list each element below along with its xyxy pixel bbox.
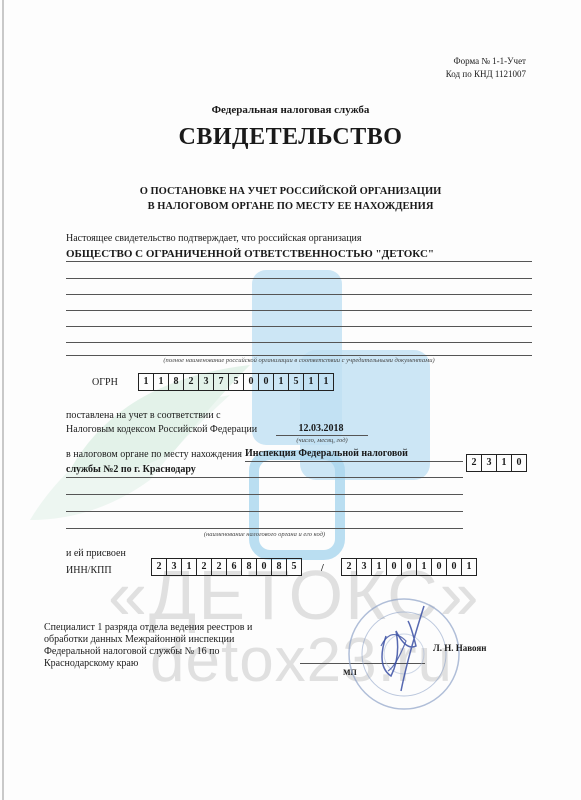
digit-cell: 6 [227,559,242,575]
organization-intro: Настоящее свидетельство подтверждает, чт… [66,233,362,244]
position-line-2: обработки данных Межрайонной инспекции [44,634,252,646]
inn-kpp-label: ИНН/КПП [66,565,112,576]
organization-name: ОБЩЕСТВО С ОГРАНИЧЕННОЙ ОТВЕТСТВЕННОСТЬЮ… [66,248,434,260]
date-caption: (число, месяц, год) [276,437,368,444]
authority-line-1: Инспекция Федеральной налоговой [245,448,408,459]
position-line-1: Специалист 1 разряда отдела ведения реес… [44,622,252,634]
digit-cell: 2 [467,455,482,471]
digit-cell: 1 [497,455,512,471]
digit-cell: 8 [169,374,184,390]
digit-cell: 1 [182,559,197,575]
authority-intro: в налоговом органе по месту нахождения [66,449,242,460]
certificate-page: «ДЕТОКС» detox23.ru Форма № 1-1-Учет Код… [0,0,581,800]
registration-line-1: поставлена на учет в соответствии с [66,410,221,421]
rule [66,528,463,529]
digit-cell: 2 [152,559,167,575]
digit-cell: 5 [229,374,244,390]
authority-line-2: службы №2 по г. Краснодару [66,464,196,475]
signer-position: Специалист 1 разряда отдела ведения реес… [44,622,252,670]
rule [66,355,532,356]
registration-date: 12.03.2018 [286,423,356,434]
digit-cell: 2 [342,559,357,575]
date-rule [276,435,368,436]
digit-cell: 2 [197,559,212,575]
digit-cell: 1 [372,559,387,575]
rule [66,326,532,327]
document-title: СВИДЕТЕЛЬСТВО [0,124,581,151]
ogrn-label: ОГРН [92,377,118,388]
digit-cell: 3 [357,559,372,575]
digit-cell: 7 [214,374,229,390]
digit-cell: 3 [167,559,182,575]
signer-name: Л. Н. Навоян [433,643,486,653]
digit-cell: 0 [447,559,462,575]
position-line-3: Федеральной налоговой службы № 16 по [44,646,252,658]
subtitle-line-2: В НАЛОГОВОМ ОРГАНЕ ПО МЕСТУ ЕЕ НАХОЖДЕНИ… [0,199,581,214]
digit-cell: 0 [244,374,259,390]
rule [66,261,532,262]
digit-cell: 1 [319,374,333,390]
agency-name: Федеральная налоговая служба [0,104,581,116]
authority-caption: (наименование налогового органа и его ко… [66,531,463,538]
official-stamp-icon [346,596,462,712]
digit-cell: 5 [289,374,304,390]
digit-cell: 0 [387,559,402,575]
digit-cell: 1 [274,374,289,390]
form-number: Форма № 1-1-Учет [446,55,526,68]
position-line-4: Краснодарскому краю [44,658,252,670]
digit-cell: 8 [272,559,287,575]
rule [66,278,532,279]
inn-cells: 2312268085 [151,558,302,576]
subtitle-line-1: О ПОСТАНОВКЕ НА УЧЕТ РОССИЙСКОЙ ОРГАНИЗА… [0,184,581,199]
assigned-label: и ей присвоен [66,548,126,559]
digit-cell: 0 [432,559,447,575]
form-info: Форма № 1-1-Учет Код по КНД 1121007 [446,55,526,81]
rule [66,310,532,311]
rule [245,461,463,462]
rule [66,511,463,512]
digit-cell: 3 [482,455,497,471]
digit-cell: 0 [259,374,274,390]
registration-line-2: Налоговым кодексом Российской Федерации [66,424,257,435]
digit-cell: 1 [304,374,319,390]
ogrn-cells: 1182375001511 [138,373,334,391]
digit-cell: 0 [402,559,417,575]
digit-cell: 2 [212,559,227,575]
digit-cell: 3 [199,374,214,390]
rule [66,494,463,495]
digit-cell: 1 [139,374,154,390]
digit-cell: 1 [154,374,169,390]
document-subtitle: О ПОСТАНОВКЕ НА УЧЕТ РОССИЙСКОЙ ОРГАНИЗА… [0,184,581,214]
digit-cell: 5 [287,559,301,575]
organization-caption: (полное наименование российской организа… [66,357,532,364]
knd-code: Код по КНД 1121007 [446,68,526,81]
rule [66,477,463,478]
authority-code-cells: 2310 [466,454,527,472]
digit-cell: 0 [512,455,526,471]
digit-cell: 1 [417,559,432,575]
kpp-cells: 231001001 [341,558,477,576]
digit-cell: 0 [257,559,272,575]
digit-cell: 2 [184,374,199,390]
rule [66,294,532,295]
rule [66,342,532,343]
inn-kpp-separator: / [321,563,324,574]
digit-cell: 8 [242,559,257,575]
digit-cell: 1 [462,559,476,575]
